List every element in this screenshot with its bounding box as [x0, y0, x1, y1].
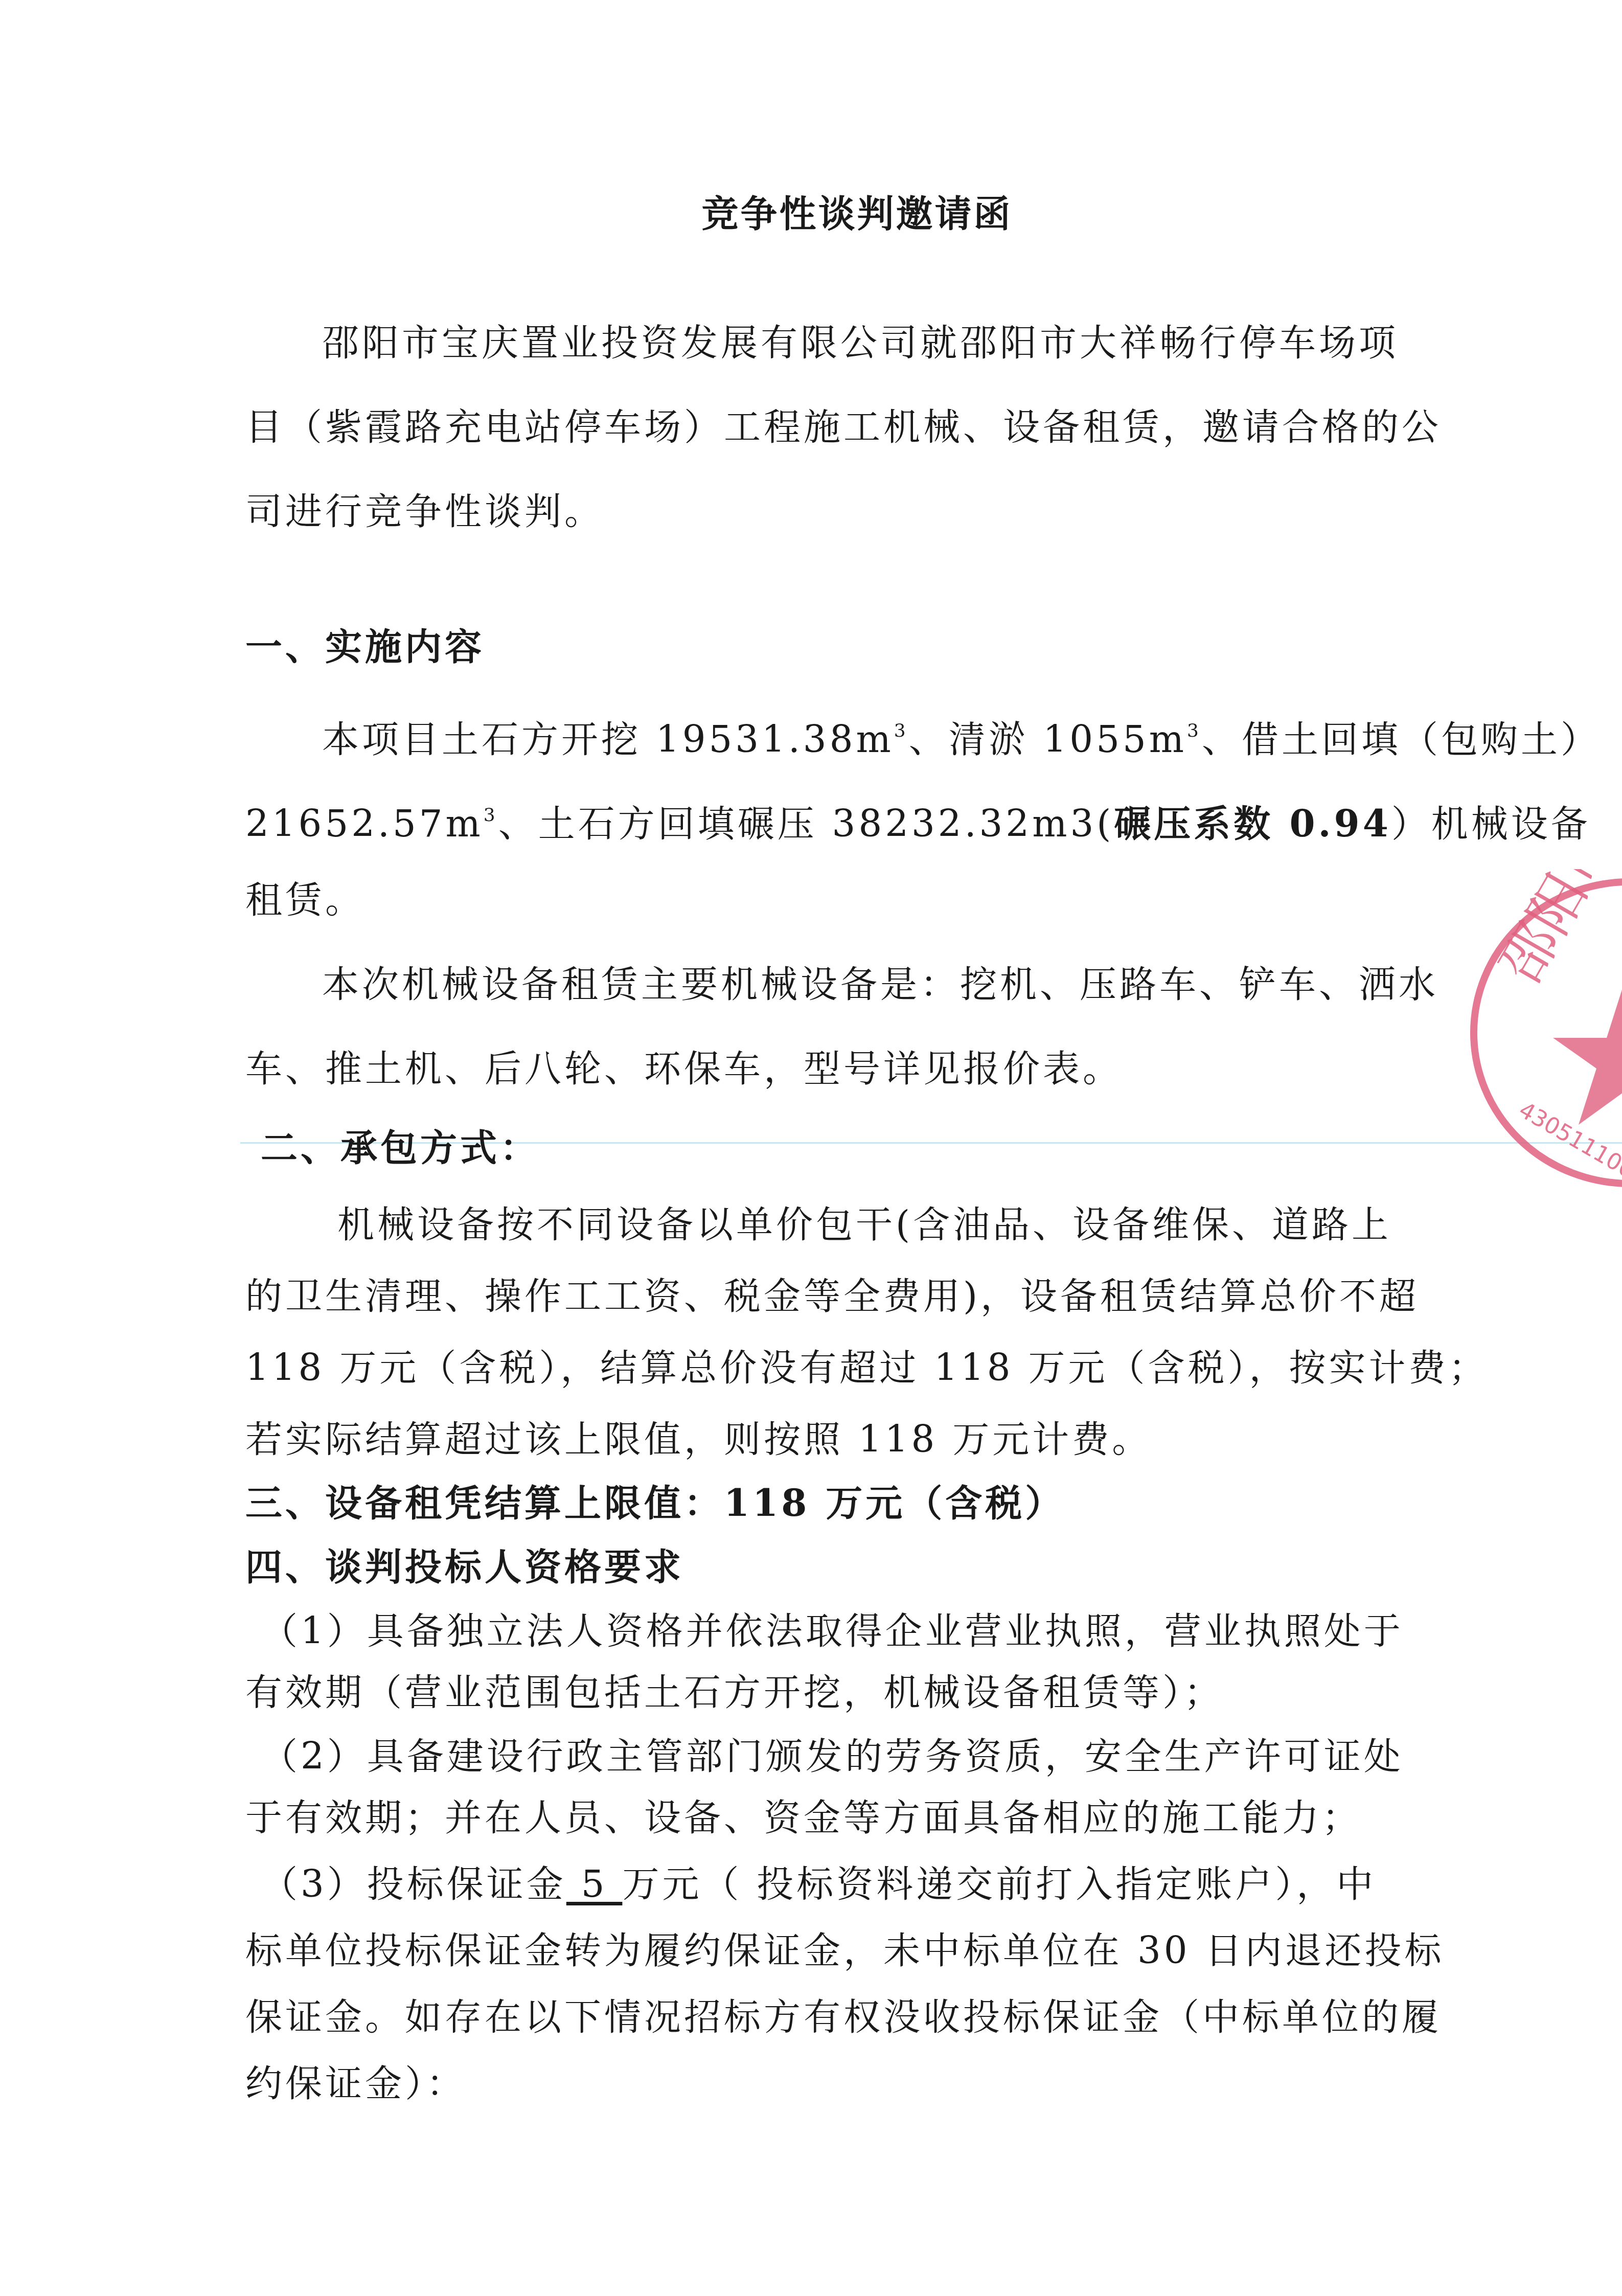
section-1-p1-line-1: 本项目土石方开挖 19531.38m3、清淤 1055m3、借土回填（包购土）: [322, 708, 1462, 762]
requirement-1-line-2: 有效期（营业范围包括土石方开挖，机械设备租赁等）；: [245, 1669, 1385, 1715]
requirement-3-line-1: （3）投标保证金 5 万元（ 投标资料递交前打入指定账户），中: [261, 1861, 1401, 1907]
intro-line-2: 目（紫霞路充电站停车场）工程施工机械、设备租赁，邀请合格的公: [245, 404, 1385, 450]
section-1-p2-line-1: 本次机械设备租赁主要机械设备是：挖机、压路车、铲车、洒水: [322, 961, 1462, 1007]
requirement-3-line-2: 标单位投标保证金转为履约保证金，未中标单位在 30 日内退还投标: [245, 1927, 1385, 1973]
document-title: 竞争性谈判邀请函: [0, 184, 1622, 237]
requirement-3-line-4: 约保证金）：: [245, 2060, 1385, 2106]
quantity-backfill: 21652.57m: [245, 802, 484, 845]
quantity-compaction: 、土石方回填碾压 38232.32m3(: [498, 802, 1114, 845]
deposit-label: （3）投标保证金: [261, 1862, 566, 1905]
quantity-excavation: 本项目土石方开挖 19531.38m: [322, 718, 894, 761]
requirement-2-line-2: 于有效期；并在人员、设备、资金等方面具备相应的施工能力；: [245, 1794, 1385, 1840]
intro-line-3: 司进行竞争性谈判。: [245, 488, 1385, 534]
section-2-heading: 二、承包方式：: [261, 1125, 1401, 1171]
requirement-1-line-1: （1）具备独立法人资格并依法取得企业营业执照，营业执照处于: [261, 1608, 1401, 1654]
deposit-amount: 5: [566, 1862, 623, 1905]
section-4-heading: 四、谈判投标人资格要求: [245, 1544, 1385, 1590]
section-1-p1-line-3: 租赁。: [245, 877, 1385, 923]
section-2-line-3: 118 万元（含税），结算总价没有超过 118 万元（含税），按实计费；: [245, 1345, 1385, 1391]
section-2-line-1: 机械设备按不同设备以单价包干(含油品、设备维保、道路上: [337, 1201, 1477, 1247]
compaction-coefficient: 碾压系数 0.94: [1114, 802, 1391, 845]
document-page: 竞争性谈判邀请函 邵阳市宝庆置业投资发展有限公司就邵阳市大祥畅行停车场项 目（紫…: [0, 0, 1622, 2296]
company-seal-stamp: 邵阳市宝庆置 4305111000043: [1461, 869, 1622, 1196]
deposit-terms: 万元（ 投标资料递交前打入指定账户），中: [622, 1862, 1376, 1905]
section-3-heading: 三、设备租凭结算上限值：118 万元（含税）: [245, 1480, 1385, 1526]
section-2-line-2: 的卫生清理、操作工工资、税金等全费用)，设备租赁结算总价不超: [245, 1273, 1385, 1319]
superscript: 3: [894, 720, 909, 741]
backfill-label: 、借土回填（包购土）: [1202, 718, 1601, 761]
section-1-p2-line-2: 车、推土机、后八轮、环保车，型号详见报价表。: [245, 1045, 1385, 1092]
superscript: 3: [1187, 720, 1202, 741]
requirement-3-line-3: 保证金。如存在以下情况招标方有权没收投标保证金（中标单位的履: [245, 1994, 1385, 2040]
quantity-dredging: 、清淤 1055m: [909, 718, 1187, 761]
requirement-2-line-1: （2）具备建设行政主管部门颁发的劳务资质，安全生产许可证处: [261, 1733, 1401, 1779]
seal-icon: 邵阳市宝庆置 4305111000043: [1461, 869, 1622, 1196]
superscript: 3: [484, 805, 498, 826]
svg-text:邵阳市宝庆置: 邵阳市宝庆置: [1488, 869, 1622, 993]
section-1-p1-line-2: 21652.57m3、土石方回填碾压 38232.32m3(碾压系数 0.94）…: [245, 792, 1385, 847]
intro-line-1: 邵阳市宝庆置业投资发展有限公司就邵阳市大祥畅行停车场项: [322, 320, 1462, 366]
section-2-line-4: 若实际结算超过该上限值，则按照 118 万元计费。: [245, 1416, 1385, 1462]
equipment-label: ）机械设备: [1391, 802, 1591, 845]
section-1-heading: 一、实施内容: [245, 624, 1385, 670]
